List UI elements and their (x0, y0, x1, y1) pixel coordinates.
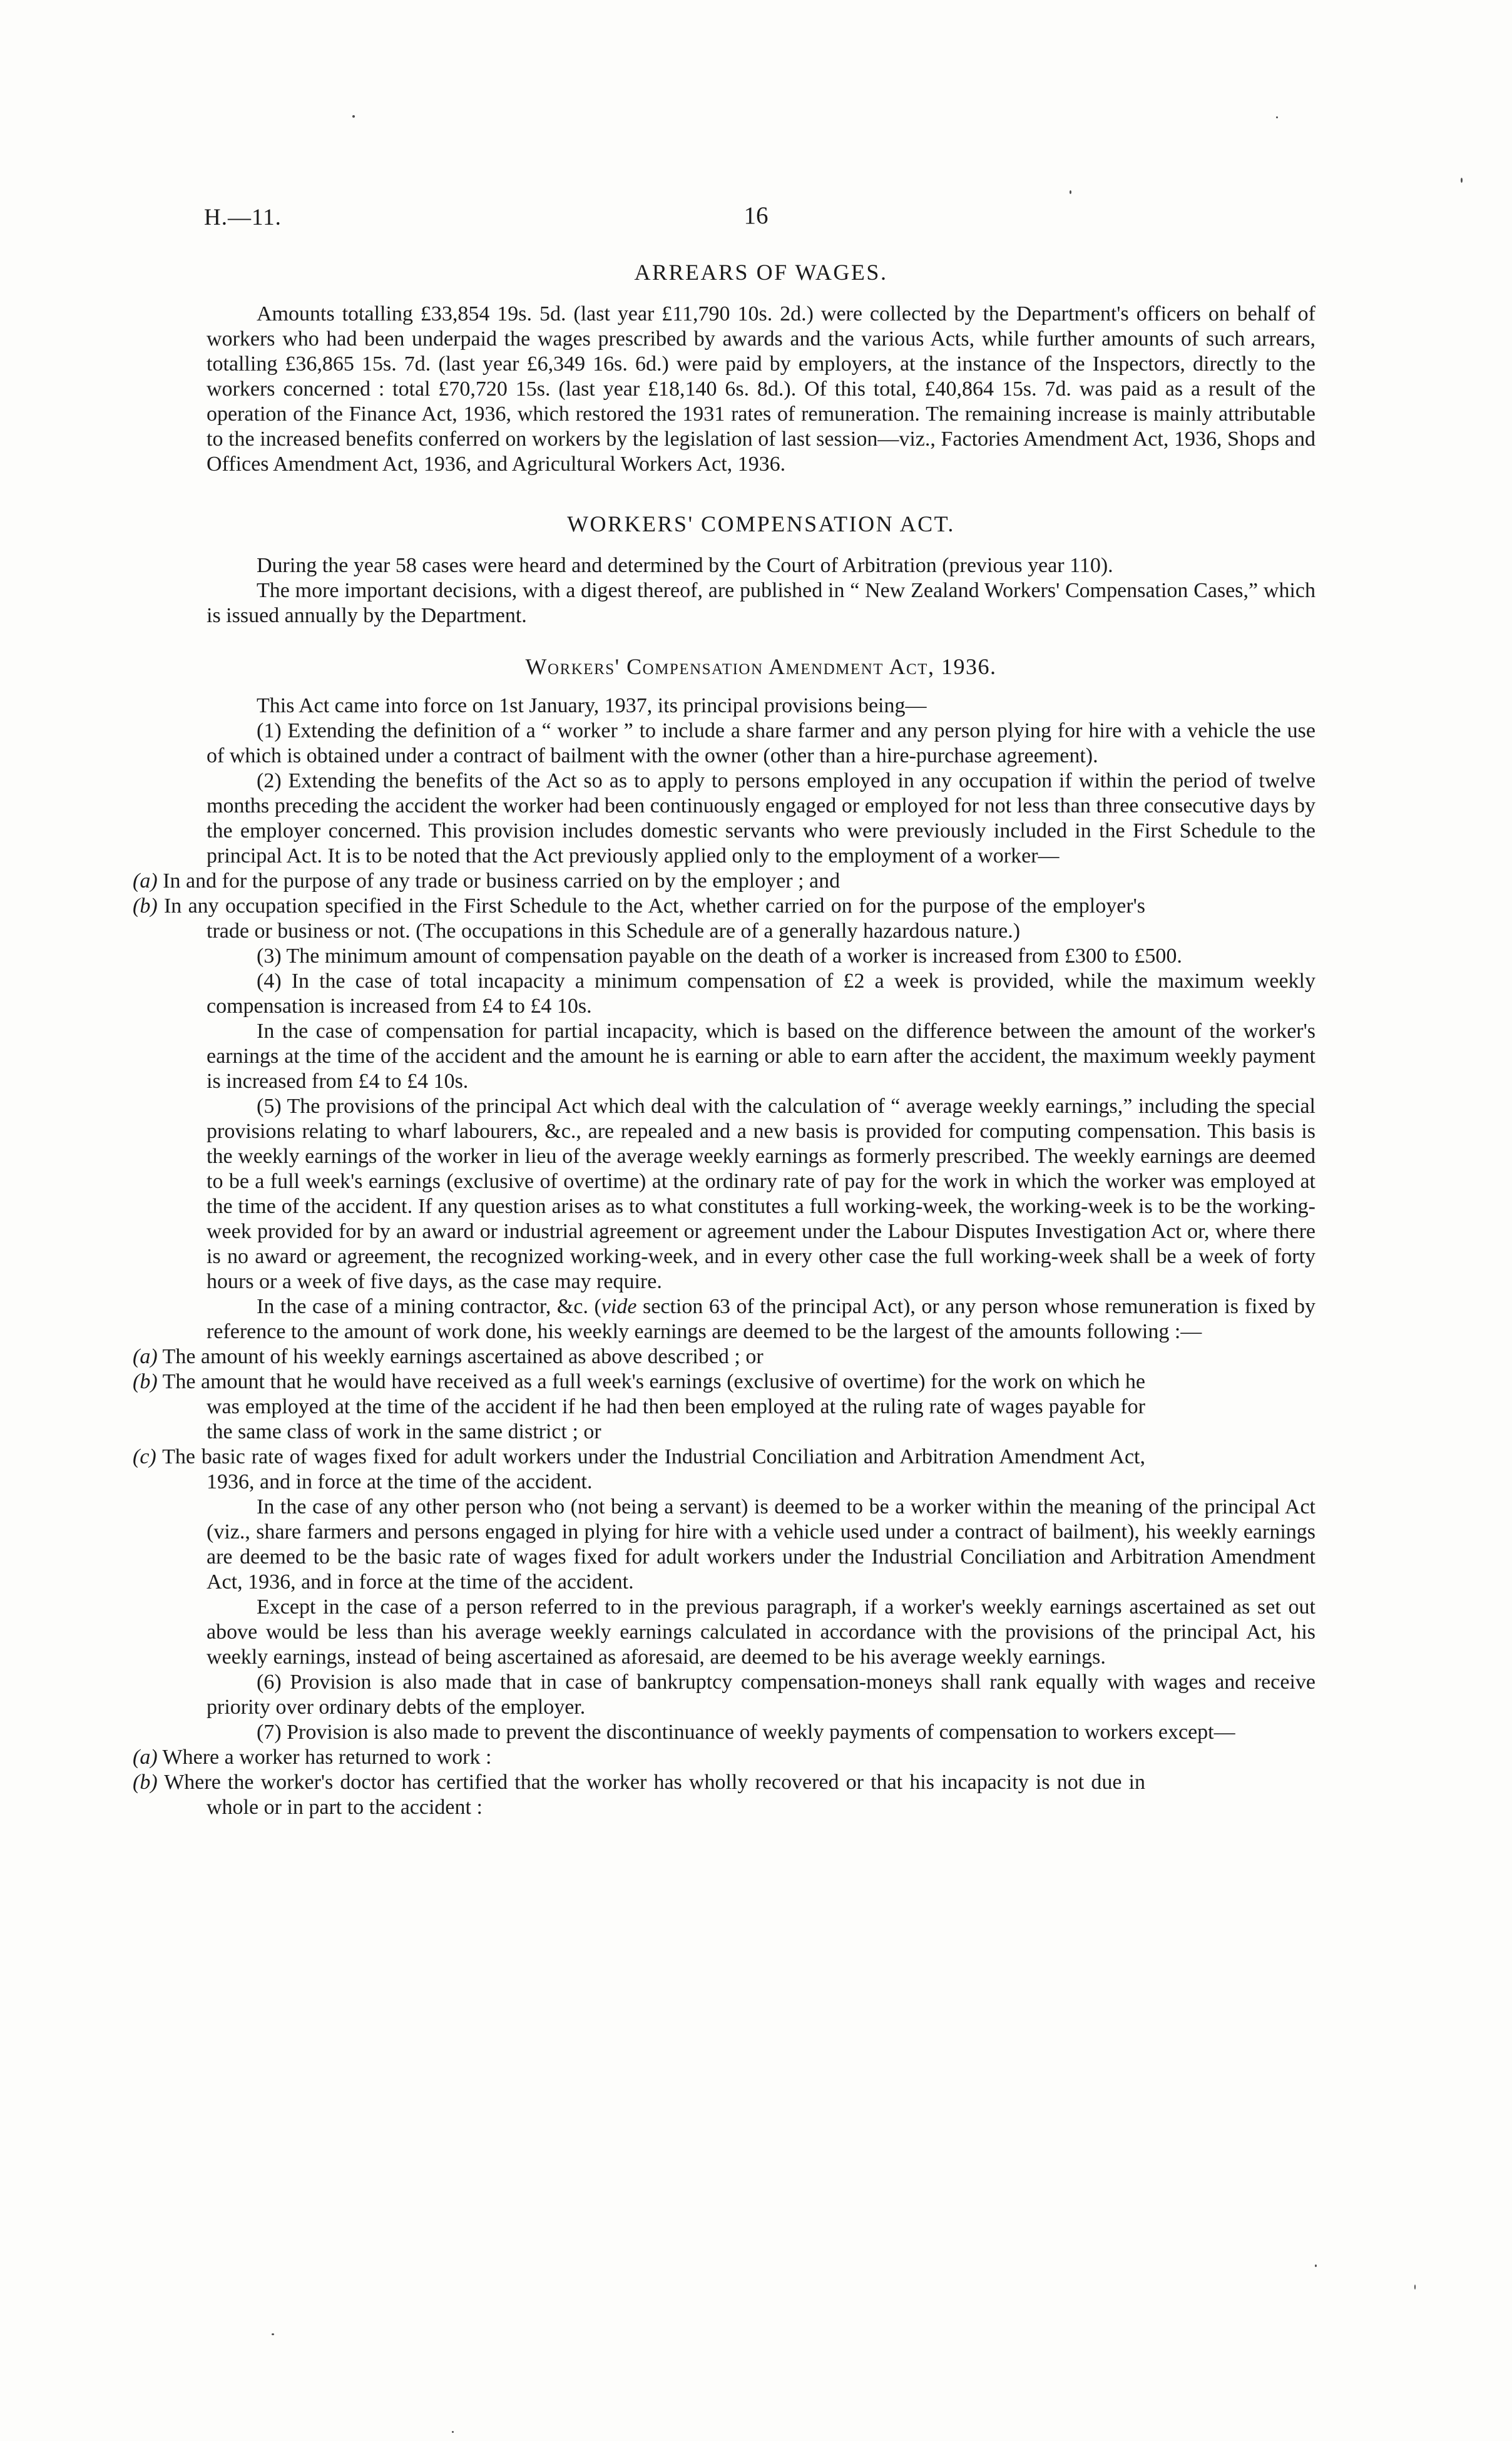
list-item: (a) The amount of his weekly earnings as… (207, 1344, 1145, 1369)
paragraph: (6) Provision is also made that in case … (207, 1670, 1315, 1720)
paragraph: (4) In the case of total incapacity a mi… (207, 969, 1315, 1019)
paragraph: Except in the case of a person referred … (207, 1595, 1315, 1670)
scan-speck (1414, 2285, 1416, 2290)
list-item: (b) The amount that he would have receiv… (207, 1369, 1145, 1445)
section-heading: WORKERS' COMPENSATION ACT. (207, 511, 1315, 537)
subsection-heading: Workers' Compensation Amendment Act, 193… (207, 653, 1315, 680)
list-item-marker: (a) (133, 1746, 158, 1769)
scan-speck (1276, 116, 1278, 118)
paragraph: (3) The minimum amount of compensation p… (207, 944, 1315, 969)
list-item-marker: (b) (133, 1370, 158, 1393)
list-item-marker: (b) (133, 1771, 158, 1794)
text-run: In the case of a mining contractor, &c. … (257, 1295, 601, 1318)
scan-speck (1070, 190, 1071, 194)
list-item: (b) Where the worker's doctor has certif… (207, 1770, 1145, 1820)
paragraph: Amounts totalling £33,854 19s. 5d. (last… (207, 302, 1315, 477)
paragraph: In the case of any other person who (not… (207, 1495, 1315, 1595)
list-item-text: The amount of his weekly earnings ascert… (163, 1345, 764, 1368)
document-page: H.—11. 16 ARREARS OF WAGES.Amounts total… (0, 0, 1512, 2441)
paragraph: In the case of compensation for partial … (207, 1019, 1315, 1094)
paragraph: (5) The provisions of the principal Act … (207, 1094, 1315, 1294)
list-item-text: The amount that he would have received a… (163, 1370, 1145, 1443)
scan-speck (1315, 2264, 1317, 2267)
paragraph: In the case of a mining contractor, &c. … (207, 1294, 1315, 1344)
scan-speck (352, 115, 355, 118)
list-item-text: Where the worker's doctor has certified … (164, 1771, 1145, 1819)
list-item: (a) Where a worker has returned to work … (207, 1745, 1145, 1770)
list-item-text: In and for the purpose of any trade or b… (163, 869, 840, 893)
paragraph: During the year 58 cases were heard and … (207, 553, 1315, 578)
paragraph: (1) Extending the definition of a “ work… (207, 719, 1315, 769)
list-item: (c) The basic rate of wages fixed for ad… (207, 1445, 1145, 1495)
list-item-text: The basic rate of wages fixed for adult … (162, 1445, 1145, 1493)
section-heading: ARREARS OF WAGES. (207, 259, 1315, 285)
list-item-marker: (a) (133, 869, 158, 893)
scan-speck (272, 2333, 274, 2335)
list-item: (b) In any occupation specified in the F… (207, 894, 1145, 944)
list-item-marker: (c) (133, 1445, 156, 1468)
document-blocks: ARREARS OF WAGES.Amounts totalling £33,8… (207, 254, 1315, 1820)
list-item-marker: (a) (133, 1345, 158, 1368)
list-item-text: Where a worker has returned to work : (163, 1746, 492, 1769)
scan-speck (1461, 178, 1463, 183)
paragraph: (7) Provision is also made to prevent th… (207, 1720, 1315, 1745)
page-number: 16 (0, 202, 1512, 230)
list-item-text: In any occupation specified in the First… (164, 894, 1145, 943)
list-item-marker: (b) (133, 894, 158, 918)
paragraph: (2) Extending the benefits of the Act so… (207, 769, 1315, 869)
list-item: (a) In and for the purpose of any trade … (207, 869, 1145, 894)
text-run: vide (601, 1295, 637, 1318)
paragraph: This Act came into force on 1st January,… (207, 693, 1315, 719)
scan-speck (452, 2431, 454, 2433)
paragraph: The more important decisions, with a dig… (207, 578, 1315, 628)
